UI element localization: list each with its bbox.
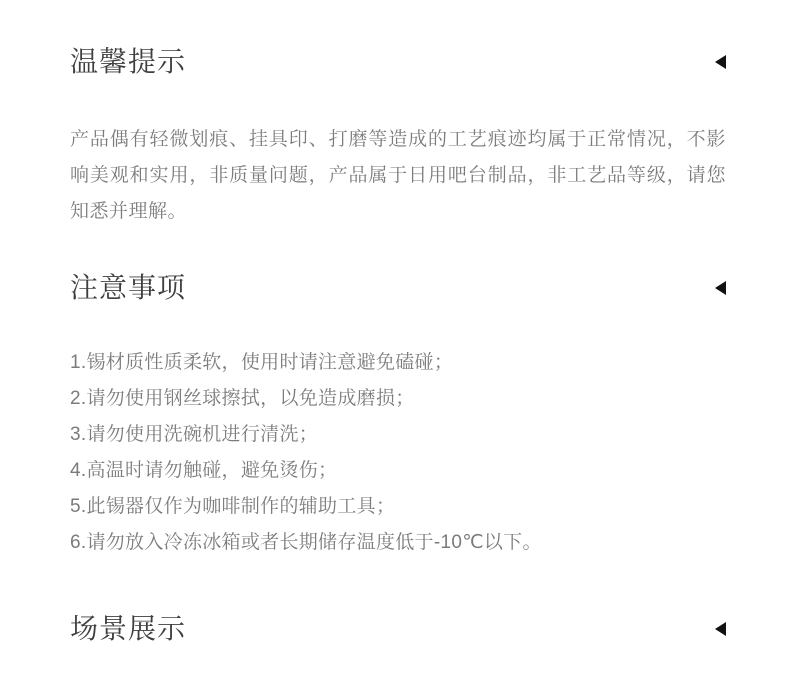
left-triangle-icon [715, 55, 726, 69]
notices-title: 注意事项 [70, 272, 186, 304]
warm-tips-title: 温馨提示 [70, 46, 186, 78]
product-description-page: 温馨提示 产品偶有轻微划痕、挂具印、打磨等造成的工艺痕迹均属于正常情况，不影响美… [0, 0, 790, 690]
notice-item: 2.请勿使用钢丝球擦拭，以免造成磨损； [70, 381, 726, 417]
notice-item: 6.请勿放入冷冻冰箱或者长期储存温度低于-10℃以下。 [70, 525, 726, 561]
scene-display-title: 场景展示 [70, 613, 186, 645]
notice-list: 1.锡材质性质柔软，使用时请注意避免磕碰； 2.请勿使用钢丝球擦拭，以免造成磨损… [70, 345, 726, 561]
section-warm-tips: 温馨提示 产品偶有轻微划痕、挂具印、打磨等造成的工艺痕迹均属于正常情况，不影响美… [70, 46, 726, 230]
notices-header: 注意事项 [70, 272, 726, 304]
notice-item: 1.锡材质性质柔软，使用时请注意避免磕碰； [70, 345, 726, 381]
warm-tips-header: 温馨提示 [70, 46, 726, 78]
section-scene-display: 场景展示 [70, 613, 726, 645]
notice-item: 3.请勿使用洗碗机进行清洗； [70, 417, 726, 453]
left-triangle-icon [715, 622, 726, 636]
notice-item: 4.高温时请勿触碰，避免烫伤； [70, 453, 726, 489]
section-notices: 注意事项 1.锡材质性质柔软，使用时请注意避免磕碰； 2.请勿使用钢丝球擦拭，以… [70, 272, 726, 561]
left-triangle-icon [715, 281, 726, 295]
warm-tips-paragraph: 产品偶有轻微划痕、挂具印、打磨等造成的工艺痕迹均属于正常情况，不影响美观和实用，… [70, 122, 726, 230]
notice-item: 5.此锡器仅作为咖啡制作的辅助工具； [70, 489, 726, 525]
scene-display-header: 场景展示 [70, 613, 726, 645]
